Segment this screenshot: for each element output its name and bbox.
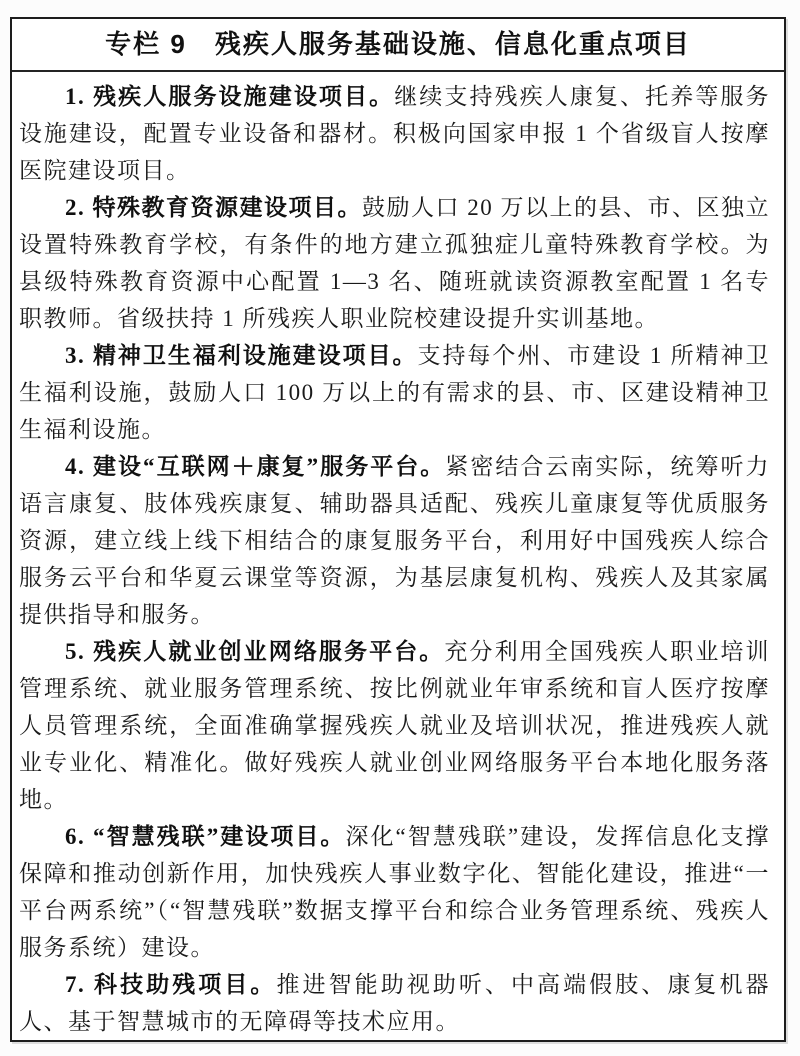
paragraph-1-lead: 1. 残疾人服务设施建设项目。: [65, 84, 394, 109]
paragraph-7: 7. 科技助残项目。推进智能助视助听、中高端假肢、康复机器人、基于智慧城市的无障…: [19, 966, 770, 1040]
paragraph-4-lead: 4. 建设“互联网＋康复”服务平台。: [65, 454, 445, 479]
box-title: 专栏 9 残疾人服务基础设施、信息化重点项目: [12, 19, 784, 70]
paragraph-5-lead: 5. 残疾人就业创业网络服务平台。: [65, 639, 444, 664]
paragraph-6: 6. “智慧残联”建设项目。深化“智慧残联”建设，发挥信息化支撑保障和推动创新作…: [19, 818, 770, 966]
paragraph-4-text: 紧密结合云南实际，统筹听力语言康复、肢体残疾康复、辅助器具适配、残疾儿童康复等优…: [19, 454, 770, 627]
paragraph-5-text: 充分利用全国残疾人职业培训管理系统、就业服务管理系统、按比例就业年审系统和盲人医…: [19, 639, 770, 812]
paragraph-3-lead: 3. 精神卫生福利设施建设项目。: [65, 343, 418, 368]
paragraph-7-lead: 7. 科技助残项目。: [65, 972, 276, 997]
paragraph-4: 4. 建设“互联网＋康复”服务平台。紧密结合云南实际，统筹听力语言康复、肢体残疾…: [19, 448, 770, 633]
paragraph-2: 2. 特殊教育资源建设项目。鼓励人口 20 万以上的县、市、区独立设置特殊教育学…: [19, 189, 770, 337]
document-page: 专栏 9 残疾人服务基础设施、信息化重点项目 1. 残疾人服务设施建设项目。继续…: [0, 0, 800, 1056]
paragraph-2-lead: 2. 特殊教育资源建设项目。: [65, 195, 362, 220]
paragraph-5: 5. 残疾人就业创业网络服务平台。充分利用全国残疾人职业培训管理系统、就业服务管…: [19, 633, 770, 818]
paragraph-1: 1. 残疾人服务设施建设项目。继续支持残疾人康复、托养等服务设施建设，配置专业设…: [19, 78, 770, 189]
paragraph-3: 3. 精神卫生福利设施建设项目。支持每个州、市建设 1 所精神卫生福利设施，鼓励…: [19, 337, 770, 448]
box-body: 1. 残疾人服务设施建设项目。继续支持残疾人康复、托养等服务设施建设，配置专业设…: [12, 72, 784, 1040]
paragraph-6-lead: 6. “智慧残联”建设项目。: [65, 824, 345, 849]
project-box: 专栏 9 残疾人服务基础设施、信息化重点项目 1. 残疾人服务设施建设项目。继续…: [10, 17, 786, 1042]
